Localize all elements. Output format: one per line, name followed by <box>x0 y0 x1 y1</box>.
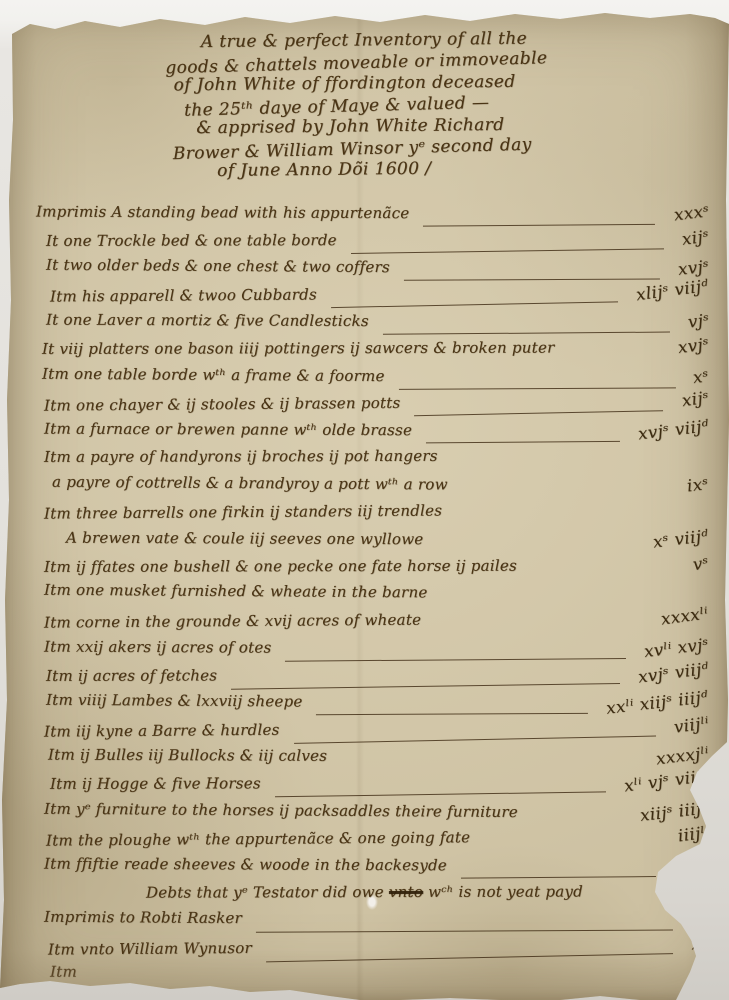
item-text-main: A brewen vate & coule iij seeves one wyl… <box>66 528 423 548</box>
item-text: It two older beds & one chest & two coff… <box>46 256 390 276</box>
item-text: Itm one chayer & ij stooles & ij brassen… <box>44 394 401 415</box>
item-text: Itm iij kyne a Barre & hurdles <box>44 721 280 741</box>
item-text-main: Itm iij kyne a Barre & hurdles <box>44 721 280 741</box>
item-text-main: a payre of cottrells & a brandyroy a pot… <box>52 473 448 494</box>
inventory-line: Itm ij ffates one bushell & one pecke on… <box>36 555 709 584</box>
page-content: A true & perfect Inventory of all the go… <box>36 30 709 991</box>
item-text-main: Itm a furnace or brewen panne wᵗʰ olde b… <box>44 420 412 440</box>
amount-value: xxxxjˡⁱ <box>655 744 710 769</box>
connector-rule <box>414 397 663 416</box>
item-text-main: Imprimis A standing bead with his appurt… <box>36 202 409 222</box>
item-text: Imprimis to Robti Rasker <box>44 908 242 927</box>
item-text-main: It two older beds & one chest & two coff… <box>46 256 390 276</box>
item-text: a payre of cottrells & a brandyroy a pot… <box>52 473 448 494</box>
item-text: Itm vnto William Wynusor <box>48 939 252 959</box>
inventory-line: Itm <box>36 962 709 992</box>
inventory-line: Itm ij acres of fetches xvjˢ viijᵈ <box>36 664 709 693</box>
connector-rule <box>461 863 656 878</box>
item-text: It one Laver a mortiz & five Candlestick… <box>46 311 369 330</box>
connector-rule <box>266 940 673 962</box>
amount-value: xxˡⁱ xiijˢ iiijᵈ <box>606 687 710 718</box>
item-text-main: Itm ij Bulles iij Bullocks & iij calves <box>48 746 327 765</box>
amount-value: xˢ <box>692 366 710 387</box>
amount-value: vˢ <box>692 553 710 574</box>
heading-line: of June Anno Dõi 1600 / <box>165 156 645 183</box>
item-text-main: Itm ffiftie reade sheeves & woode in the… <box>44 855 447 875</box>
amount-value: xijˢ <box>681 226 710 248</box>
inventory-line: It one Laver a mortiz & five Candlestick… <box>36 310 709 340</box>
item-text: Imprimis A standing bead with his appurt… <box>36 202 409 222</box>
inventory-line: Itm the ploughe wᵗʰ the appurtenãce & on… <box>36 825 709 857</box>
item-text-main: Debts that yᵉ Testator did owe <box>146 883 389 902</box>
page-background: { "document": { "heading": { "lines": [ … <box>0 0 729 1000</box>
connector-rule <box>256 917 673 933</box>
amount-value: xxxˢ <box>672 201 709 224</box>
item-text-main: Itm corne in the grounde & xvij acres of… <box>44 611 421 632</box>
amount-value: vjˢ <box>686 310 710 331</box>
inventory-line: Itm corne in the grounde & xvij acres of… <box>36 608 709 640</box>
amount-value: xxvˢ <box>672 853 709 876</box>
item-text-main: Itm his apparell & twoo Cubbards <box>50 285 317 305</box>
item-text: Itm <box>50 962 77 980</box>
heading-text: of June Anno Dõi 1600 / <box>217 159 431 181</box>
item-text-main: Itm <box>50 962 77 980</box>
item-text-main: Itm a payre of handyrons ij broches ij p… <box>44 447 438 466</box>
item-text: Itm one musket furnished & wheate in the… <box>44 581 428 602</box>
item-text: Itm viiij Lambes & lxxviij sheepe <box>46 691 303 711</box>
connector-rule <box>331 289 618 309</box>
inventory-line: Itm a furnace or brewen panne wᵗʰ olde b… <box>36 419 709 449</box>
item-text-main: Itm ij Hogge & five Horses <box>50 775 261 794</box>
item-text-main: It one Laver a mortiz & five Candlestick… <box>46 311 369 330</box>
heading-text: A true & perfect Inventory of all the <box>201 29 527 52</box>
item-text: Itm the ploughe wᵗʰ the appurtenãce & on… <box>46 828 470 849</box>
item-text-main: Itm ij acres of fetches <box>46 666 217 684</box>
amount-value: xxxxˡⁱ <box>660 604 710 629</box>
item-text: Itm a payre of handyrons ij broches ij p… <box>44 447 438 466</box>
inventory-line: Imprimis to Robti Rasker xˡⁱ <box>36 907 709 939</box>
amount-value: xiijˢ iiijᵈ <box>639 798 710 825</box>
amount-value: xvjˢ viijᵈ <box>637 416 710 443</box>
item-text: Debts that yᵉ Testator did owe vnto wᶜʰ … <box>146 883 583 902</box>
item-text: It one Trockle bed & one table borde <box>46 231 337 250</box>
connector-rule <box>316 700 588 715</box>
item-text: Itm ij Bulles iij Bullocks & iij calves <box>48 746 327 765</box>
connector-rule <box>351 235 664 253</box>
connector-rule <box>423 211 655 227</box>
amount-value: ixˢ <box>686 474 710 495</box>
struck-word: vnto <box>389 883 423 901</box>
item-text: Itm ij acres of fetches <box>46 666 217 684</box>
item-text-main: Itm three barrells one firkin ij stander… <box>44 501 442 522</box>
item-text: Itm one table borde wᵗʰ a frame & a foor… <box>42 364 385 384</box>
amount-value: viijˡⁱ <box>672 713 709 736</box>
inventory-line: Itm one chayer & ij stooles & ij brassen… <box>36 390 709 422</box>
inventory-line: Itm xxij akers ij acres of otes xvˡⁱ xvj… <box>36 636 709 666</box>
amount-value: xxxijˢ <box>661 878 710 903</box>
inventory-line: Itm three barrells one firkin ij stander… <box>36 499 709 531</box>
item-text: It viij platters one bason iiij pottinge… <box>42 339 555 358</box>
amount-value: xˡⁱ <box>690 932 710 953</box>
item-text-main: Itm one chayer & ij stooles & ij brassen… <box>44 394 401 415</box>
inventory-line: A brewen vate & coule iij seeves one wyl… <box>36 527 709 557</box>
item-text-main: Itm viiij Lambes & lxxviij sheepe <box>46 691 303 711</box>
connector-rule <box>399 374 676 389</box>
item-text-main: Itm ij ffates one bushell & one pecke on… <box>44 557 517 576</box>
item-text-after: wᶜʰ is not yeat payd <box>423 883 583 901</box>
item-text-main: Itm one table borde wᵗʰ a frame & a foor… <box>42 364 385 384</box>
connector-rule <box>426 428 620 443</box>
connector-rule <box>285 645 626 661</box>
item-text: A brewen vate & coule iij seeves one wyl… <box>66 528 423 548</box>
item-text: Itm ij Hogge & five Horses <box>50 775 261 794</box>
connector-rule <box>231 670 620 690</box>
inventory-line: Debts that yᵉ Testator did owe vnto wᶜʰ … <box>36 881 709 910</box>
inventory-list: Imprimis A standing bead with his appurt… <box>36 203 709 991</box>
manuscript-page: A true & perfect Inventory of all the go… <box>0 0 729 1000</box>
heading-text: & apprised by John White Richard <box>196 115 504 138</box>
connector-rule <box>383 319 670 335</box>
item-text-main: Itm vnto William Wynusor <box>48 939 252 959</box>
heading-text: of John White of ffordington deceased <box>174 72 516 96</box>
item-text: Itm his apparell & twoo Cubbards <box>50 285 317 305</box>
item-text-main: Itm one musket furnished & wheate in the… <box>44 581 428 602</box>
item-text-main: Itm yᵉ furniture to the horses ij packsa… <box>44 799 518 820</box>
item-text: Itm a furnace or brewen panne wᵗʰ olde b… <box>44 420 412 440</box>
item-text-main: Itm xxij akers ij acres of otes <box>44 637 272 656</box>
item-text-main: Itm the ploughe wᵗʰ the appurtenãce & on… <box>46 828 470 849</box>
amount-value: xvˡⁱ xvjˢ <box>643 634 710 661</box>
connector-rule <box>404 266 660 281</box>
inventory-line: Itm ffiftie reade sheeves & woode in the… <box>36 854 709 884</box>
item-text: Itm ij ffates one bushell & one pecke on… <box>44 557 517 576</box>
amount-value: xijˢ <box>680 388 709 410</box>
item-text: Itm xxij akers ij acres of otes <box>44 637 272 656</box>
item-text: Itm ffiftie reade sheeves & woode in the… <box>44 855 447 875</box>
amount-value: iiijˡⁱ <box>676 822 709 845</box>
item-text: Itm corne in the grounde & xvij acres of… <box>44 611 421 632</box>
inventory-line: a payre of cottrells & a brandyroy a pot… <box>36 472 709 504</box>
inventory-line: Itm vnto William Wynusor xˡⁱ <box>36 934 709 966</box>
item-text-main: Imprimis to Robti Rasker <box>44 908 242 927</box>
item-text: Itm three barrells one firkin ij stander… <box>44 501 442 522</box>
inventory-line: It one Trockle bed & one table borde xij… <box>36 229 709 258</box>
item-text: Itm yᵉ furniture to the horses ij packsa… <box>44 799 518 820</box>
inventory-line: Itm a payre of handyrons ij broches ij p… <box>36 446 709 475</box>
inventory-line: Imprimis A standing bead with his appurt… <box>36 201 709 231</box>
connector-rule <box>275 779 606 798</box>
item-text-main: It viij platters one bason iiij pottinge… <box>42 339 555 358</box>
amount-value: xˢ viijᵈ <box>652 526 710 551</box>
inventory-line: It viij platters one bason iiij pottinge… <box>36 338 709 367</box>
inventory-line: Itm ij Bulles iij Bullocks & iij calves … <box>36 745 709 775</box>
heading-block: A true & perfect Inventory of all the go… <box>163 26 646 185</box>
inventory-line: Itm ij Hogge & five Horses xˡⁱ vjˢ viijᵈ <box>36 773 709 802</box>
item-text-main: It one Trockle bed & one table borde <box>46 231 337 250</box>
amount-value: xˡⁱ <box>690 910 710 931</box>
connector-rule <box>294 723 656 744</box>
amount-value: xvjˢ <box>676 335 709 358</box>
